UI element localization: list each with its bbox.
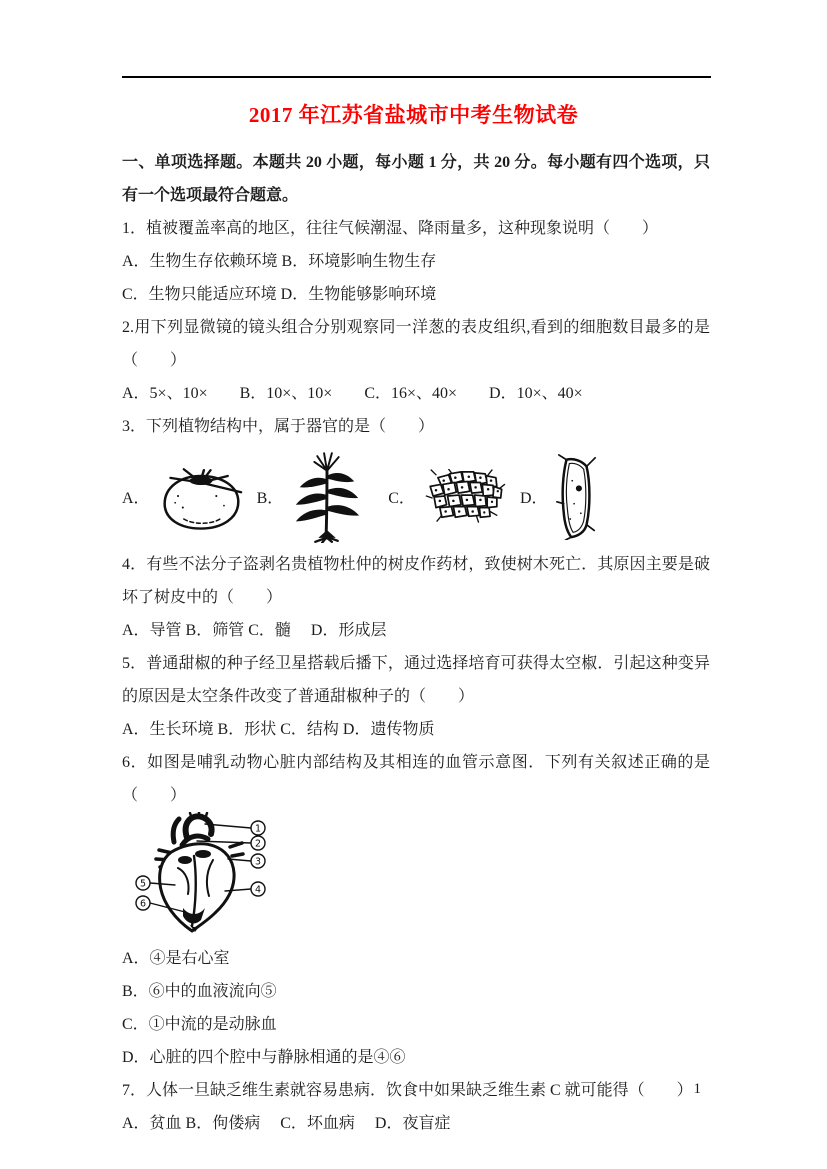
question-3-text: 3．下列植物结构中，属于器官的是（ ） — [122, 410, 710, 443]
tomato-fruit-figure — [157, 459, 245, 535]
figure-label-a: A． — [122, 485, 150, 508]
question-1-options-ab: A．生物生存依赖环境 B．环境影响生物生存 — [122, 245, 710, 278]
question-6-option-b: B．⑥中的血液流向⑤ — [122, 975, 710, 1008]
figure-label-b: B． — [257, 485, 284, 508]
figure-label-c: C． — [388, 485, 415, 508]
heart-label-3: 3 — [255, 856, 261, 867]
single-cell-figure — [555, 454, 599, 540]
heart-diagram-figure: 1 2 3 4 5 6 — [135, 812, 280, 942]
question-6-figure: 1 2 3 4 5 6 — [122, 812, 710, 942]
heart-label-2: 2 — [255, 838, 261, 849]
heart-label-4: 4 — [255, 884, 261, 895]
corn-plant-figure — [290, 451, 364, 543]
cell-tissue-figure — [422, 469, 506, 525]
header-rule — [122, 76, 711, 78]
question-6-option-c: C．①中流的是动脉血 — [122, 1008, 710, 1041]
question-5-text: 5．普通甜椒的种子经卫星搭载后播下，通过选择培育可获得太空椒．引起这种变异的原因… — [122, 647, 710, 713]
exam-paper-page: 2017 年江苏省盐城市中考生物试卷 一、单项选择题。本题共 20 小题，每小题… — [0, 0, 827, 1169]
question-4-text: 4．有些不法分子盗剥名贵植物杜仲的树皮作药材，致使树木死亡．其原因主要是破坏了树… — [122, 548, 710, 614]
question-6-option-d: D．心脏的四个腔中与静脉相通的是④⑥ — [122, 1041, 710, 1074]
page-title: 2017 年江苏省盐城市中考生物试卷 — [0, 100, 827, 130]
question-7-options: A．贫血 B．佝偻病 C．坏血病 D．夜盲症 — [122, 1107, 710, 1140]
exam-content: 一、单项选择题。本题共 20 小题，每小题 1 分，共 20 分。每小题有四个选… — [0, 146, 827, 1140]
question-1-text: 1．植被覆盖率高的地区，往往气候潮湿、降雨量多，这种现象说明（ ） — [122, 212, 710, 245]
question-6-text: 6．如图是哺乳动物心脏内部结构及其相连的血管示意图．下列有关叙述正确的是（ ） — [122, 746, 710, 812]
question-2-options: A．5×、10× B．10×、10× C．16×、40× D．10×、40× — [122, 377, 710, 410]
heart-label-1: 1 — [255, 823, 261, 834]
heart-label-5: 5 — [140, 878, 146, 889]
question-2-text: 2.用下列显微镜的镜头组合分别观察同一洋葱的表皮组织,看到的细胞数目最多的是（ … — [122, 311, 710, 377]
page-number: 1 — [694, 1078, 702, 1100]
section-heading: 一、单项选择题。本题共 20 小题，每小题 1 分，共 20 分。每小题有四个选… — [122, 146, 710, 212]
question-1-options-cd: C．生物只能适应环境 D．生物能够影响环境 — [122, 278, 710, 311]
heart-label-6: 6 — [140, 898, 146, 909]
question-4-options: A．导管 B．筛管 C．髓 D．形成层 — [122, 614, 710, 647]
question-5-options: A．生长环境 B．形状 C．结构 D．遗传物质 — [122, 713, 710, 746]
question-7-text: 7．人体一旦缺乏维生素就容易患病．饮食中如果缺乏维生素 C 就可能得（ ） — [122, 1074, 710, 1107]
question-3-figures: A． B． — [122, 443, 710, 548]
question-6-option-a: A．④是右心室 — [122, 942, 710, 975]
figure-label-d: D． — [520, 485, 548, 508]
